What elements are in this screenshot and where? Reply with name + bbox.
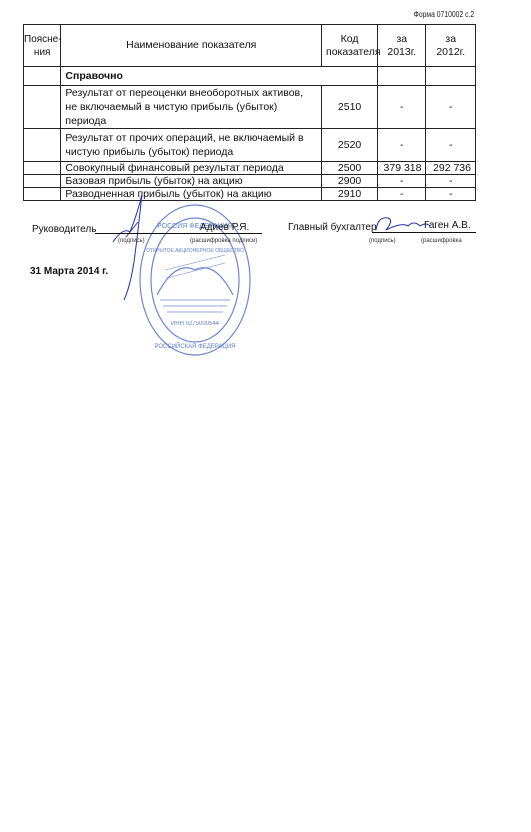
accountant-signature-line: [372, 232, 476, 233]
row-2013: 379 318: [378, 162, 426, 175]
head-sign-caption: (подпись): [118, 238, 145, 244]
row-name: Разводненная прибыль (убыток) на акцию: [61, 188, 322, 201]
head-signature-line: [95, 233, 262, 234]
row-2012: -: [426, 188, 476, 201]
section-title: Справочно: [61, 67, 378, 86]
row-name: Базовая прибыль (убыток) на акцию: [61, 175, 322, 188]
head-label: Руководитель: [32, 224, 96, 235]
accountant-sign-caption: (подпись): [369, 238, 396, 244]
header-name: Наименование показателя: [61, 25, 322, 67]
row-2013: -: [378, 188, 426, 201]
table-header-row: Поясне-ния Наименование показателя Код п…: [24, 25, 476, 67]
row-code: 2500: [322, 162, 378, 175]
row-code: 2520: [322, 129, 378, 162]
row-2013: -: [378, 86, 426, 129]
accountant-label: Главный бухгалтер: [288, 222, 377, 233]
accountant-name-caption: (расшифровка: [421, 238, 462, 244]
section-row: Справочно: [24, 67, 476, 86]
svg-text:ОТКРЫТОЕ АКЦИОНЕРНОЕ ОБЩЕСТВО: ОТКРЫТОЕ АКЦИОНЕРНОЕ ОБЩЕСТВО: [146, 248, 244, 254]
row-code: 2510: [322, 86, 378, 129]
header-2012: за 2012г.: [426, 25, 476, 67]
row-name: Результат от переоценки внеоборотных акт…: [61, 86, 322, 129]
table-row: Результат от прочих операций, не включае…: [24, 129, 476, 162]
svg-text:РОССИЙСКАЯ ФЕДЕРАЦИЯ: РОССИЙСКАЯ ФЕДЕРАЦИЯ: [155, 342, 236, 350]
head-name-caption: (расшифровка подписи): [190, 238, 257, 244]
row-code: 2900: [322, 175, 378, 188]
row-code: 2910: [322, 188, 378, 201]
row-2013: -: [378, 175, 426, 188]
header-notes: Поясне-ния: [24, 25, 61, 67]
header-code: Код показателя: [322, 25, 378, 67]
table-row: Разводненная прибыль (убыток) на акцию 2…: [24, 188, 476, 201]
report-date: 31 Марта 2014 г.: [30, 266, 108, 277]
row-2012: -: [426, 175, 476, 188]
head-signature-icon: [108, 192, 153, 302]
accountant-name: Гаген А.В.: [424, 220, 471, 231]
header-2013: за 2013г.: [378, 25, 426, 67]
row-2012: -: [426, 86, 476, 129]
table-row: Совокупный финансовый результат периода …: [24, 162, 476, 175]
row-2012: -: [426, 129, 476, 162]
table-row: Результат от переоценки внеоборотных акт…: [24, 86, 476, 129]
form-code: Форма 0710002 с.2: [413, 10, 474, 19]
row-2013: -: [378, 129, 426, 162]
table-row: Базовая прибыль (убыток) на акцию 2900 -…: [24, 175, 476, 188]
report-table: Поясне-ния Наименование показателя Код п…: [23, 24, 476, 201]
row-name: Совокупный финансовый результат периода: [61, 162, 322, 175]
row-2012: 292 736: [426, 162, 476, 175]
svg-text:ИНН 0275000544: ИНН 0275000544: [171, 321, 220, 327]
head-name: Адиев Р.Я.: [200, 222, 249, 233]
row-name: Результат от прочих операций, не включае…: [61, 129, 322, 162]
